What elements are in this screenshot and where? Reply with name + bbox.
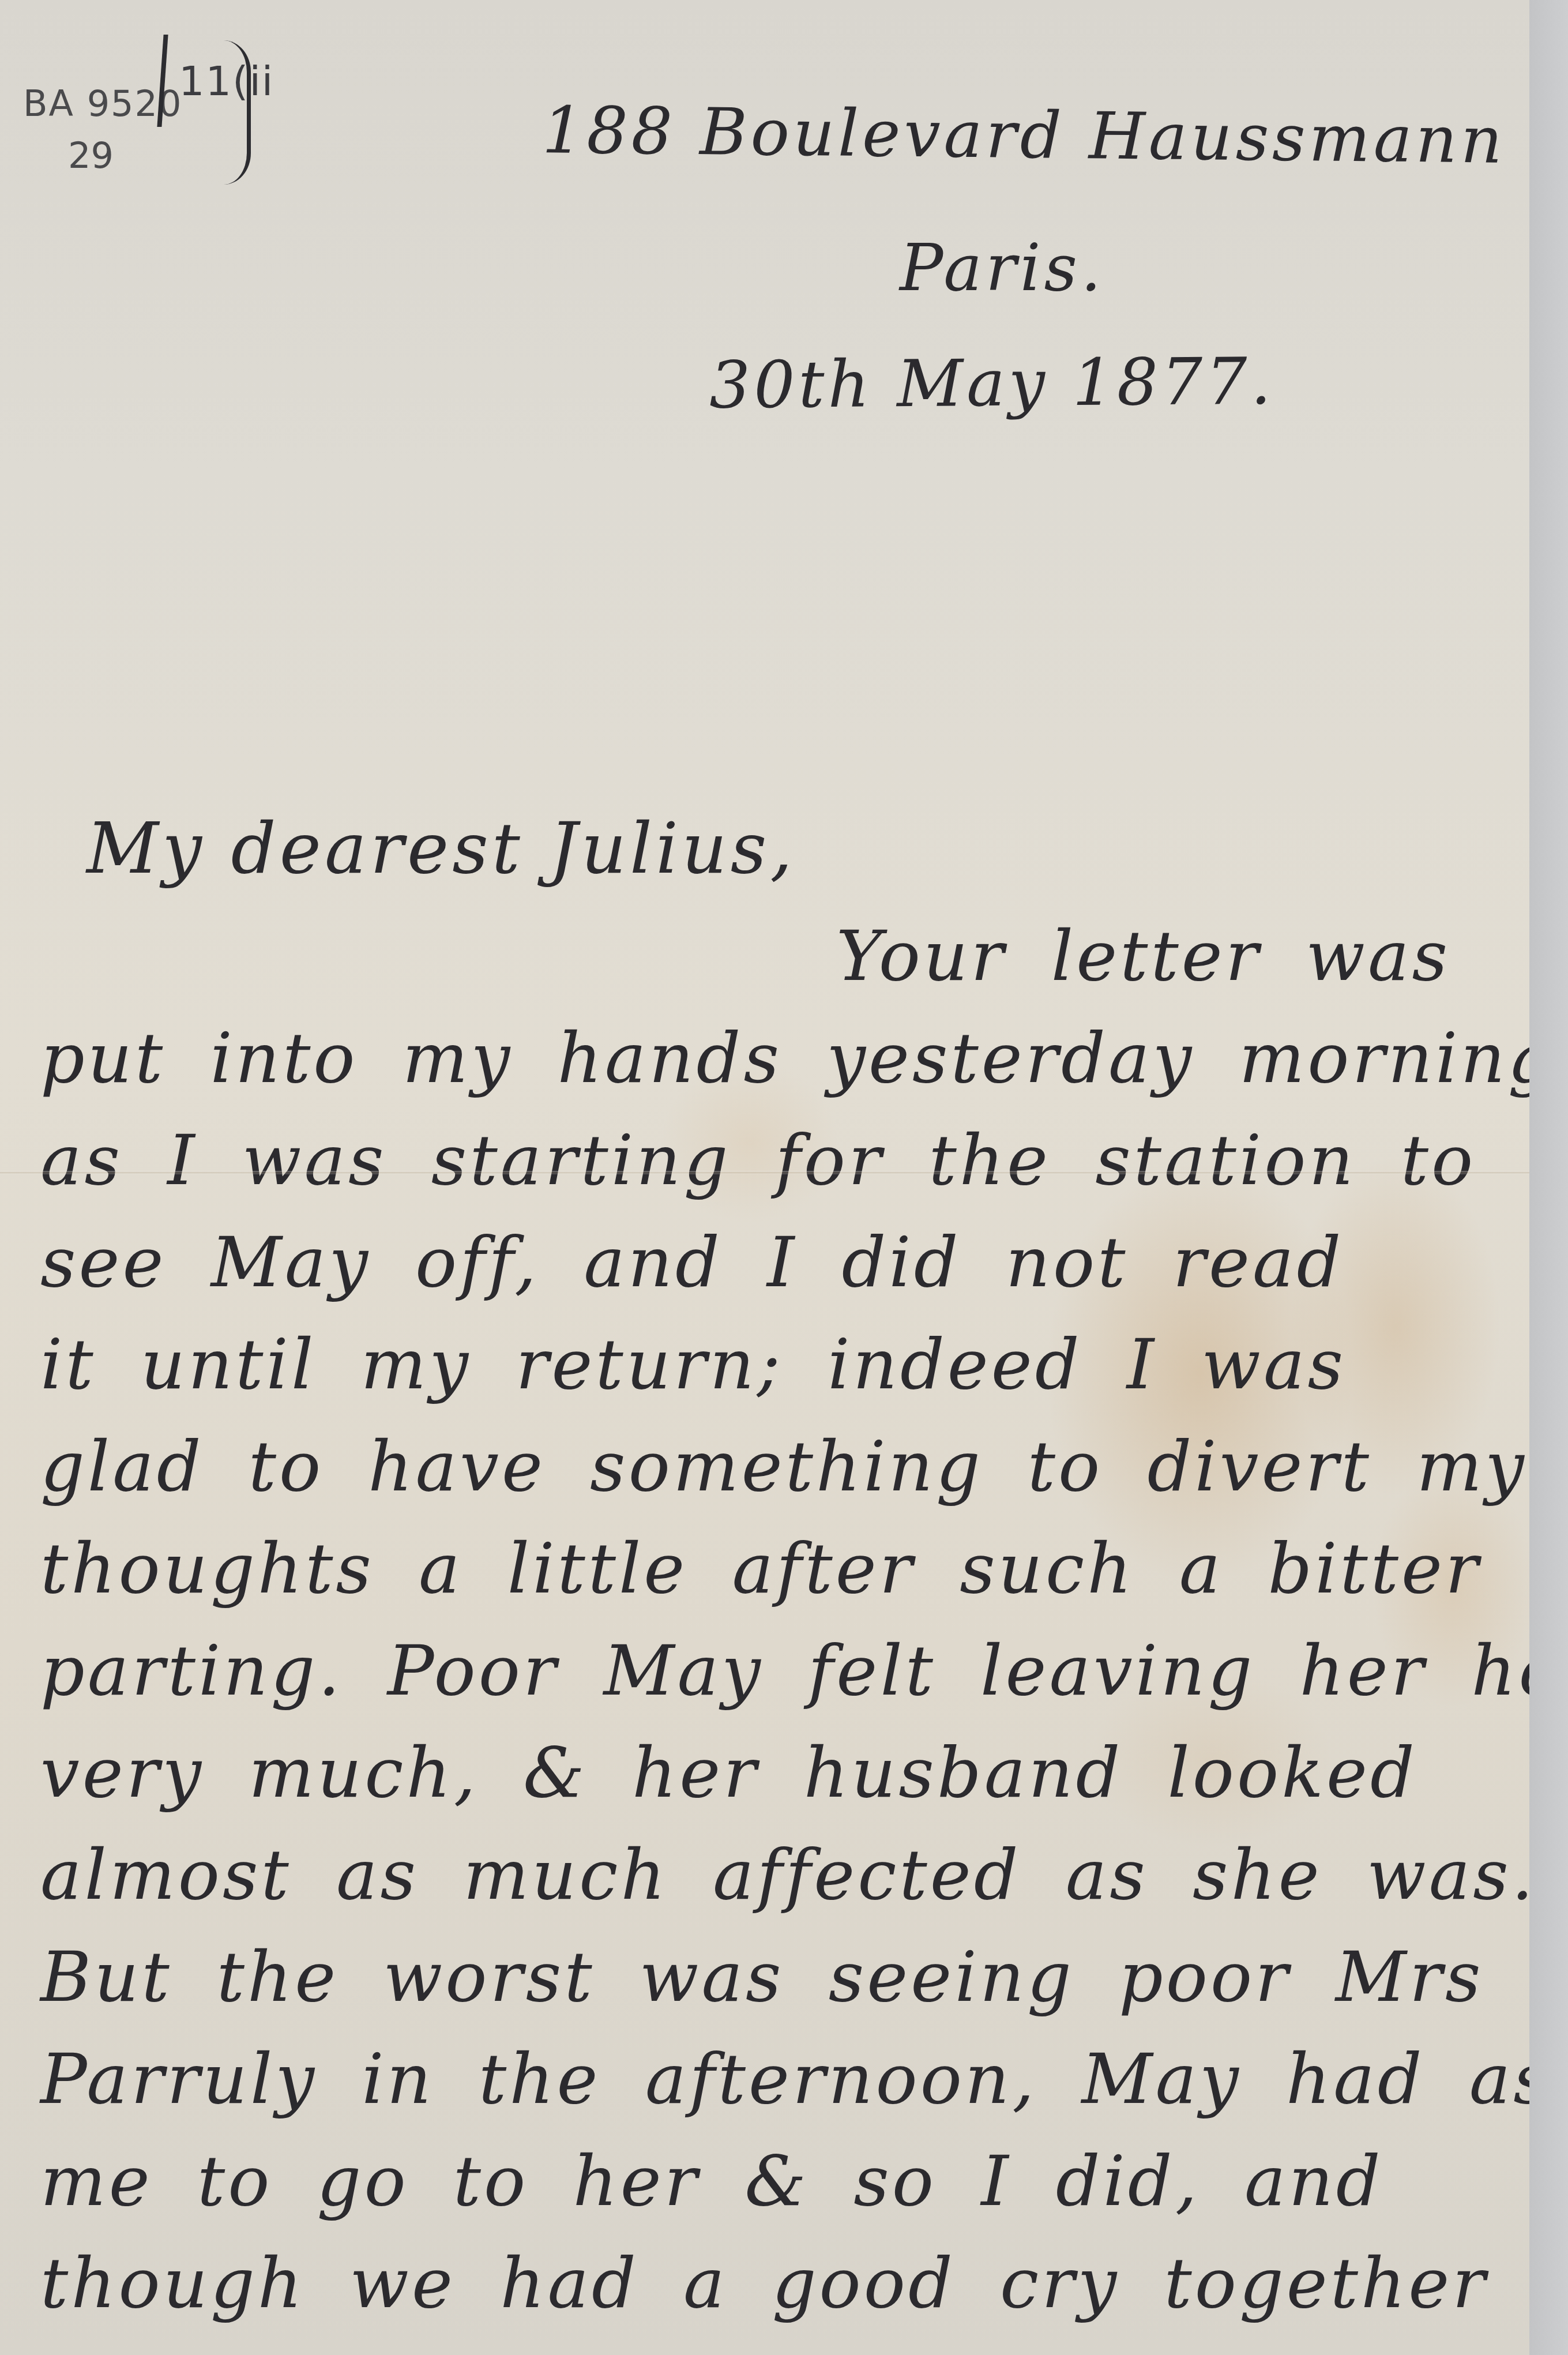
letter-date: 30th May 1877. [709,344,1275,423]
body-line: as I was starting for the station to [40,1110,1517,1212]
folio-bracket-mark [224,40,251,185]
body-line: see May off, and I did not read [40,1212,1517,1314]
salutation: My dearest Julius, [87,807,796,889]
body-line: parting. Poor May felt leaving her home [40,1620,1517,1722]
address-line-1: 188 Boulevard Haussmann [542,93,1506,178]
archive-folio-mark: 11(ii [156,35,254,190]
body-line: almost as much affected as she was. [40,1824,1517,1926]
body-line: me to go to her & so I did, and [40,2131,1517,2233]
body-line: it until my return; indeed I was [40,1314,1517,1416]
background-surface [1529,0,1568,2355]
letter-page: BA 9520 29 11(ii 188 Boulevard Haussmann… [0,0,1529,2355]
body-line: But the worst was seeing poor Mrs [40,1926,1517,2029]
body-line: very much, & her husband looked [40,1722,1517,1824]
body-line: Parruly in the afternoon, May had asked [40,2029,1517,2131]
address-line-2: Paris. [900,231,1105,306]
body-line: put into my hands yesterday morning [40,1008,1517,1110]
letter-body: Your letter was put into my hands yester… [40,906,1517,2335]
body-line: Your letter was [40,906,1517,1008]
folio-divider-mark [157,35,168,127]
body-line: thoughts a little after such a bitter [40,1518,1517,1620]
body-line: glad to have something to divert my [40,1416,1517,1518]
body-line: though we had a good cry together at [40,2233,1517,2335]
